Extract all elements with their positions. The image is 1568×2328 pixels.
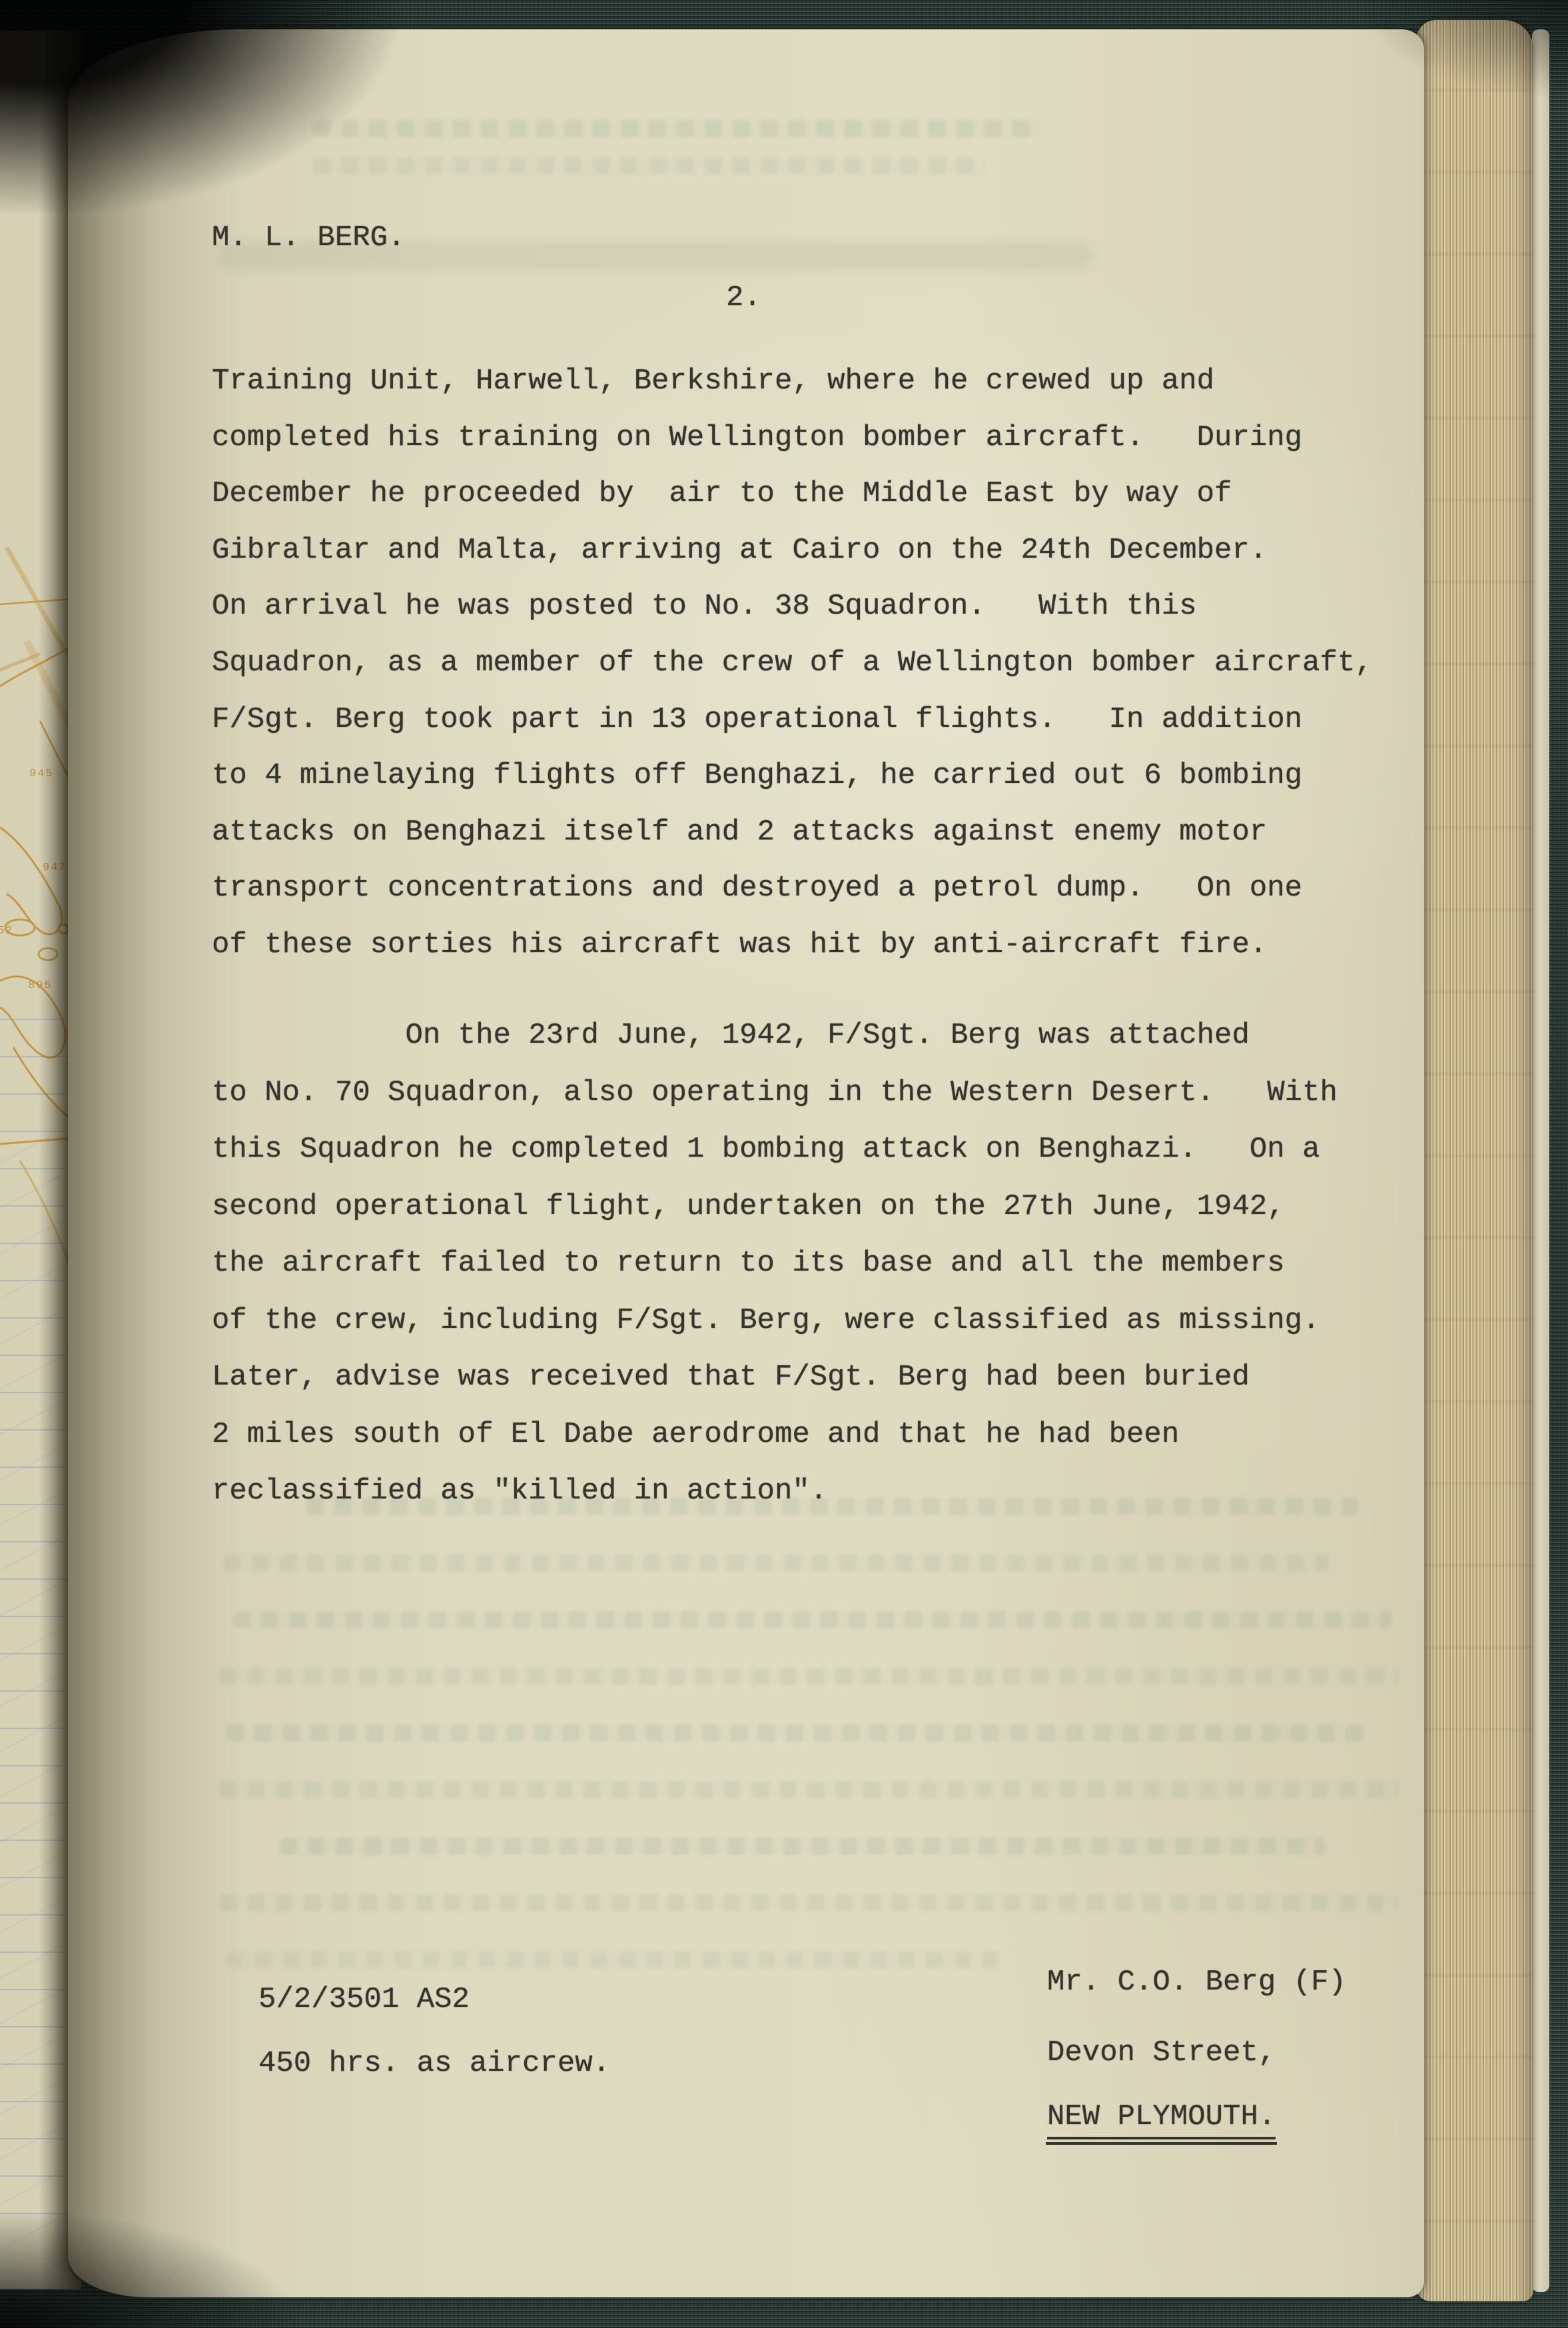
person-name-header: M. L. BERG. (212, 221, 405, 255)
addressee-city: NEW PLYMOUTH. (1047, 2100, 1276, 2139)
typed-line: second operational flight, undertaken on… (212, 1179, 1338, 1236)
typed-line: On the 23rd June, 1942, F/Sgt. Berg was … (212, 1007, 1338, 1065)
map-elevation-label: 945 (29, 768, 54, 780)
bleed-through-line (220, 1668, 1399, 1685)
typed-line: Training Unit, Harwell, Berkshire, where… (212, 353, 1373, 410)
typed-line: F/Sgt. Berg took part in 13 operational … (212, 692, 1373, 748)
bleed-through-line (233, 1611, 1392, 1628)
book-photo: { "page": { "person_header": "M. L. BERG… (0, 0, 1568, 2328)
typed-line: reclassified as "killed in action". (212, 1463, 1338, 1520)
typed-line: On arrival he was posted to No. 38 Squad… (212, 578, 1373, 635)
document-page: M. L. BERG. 2. Training Unit, Harwell, B… (68, 29, 1424, 2297)
typed-line: of these sorties his aircraft was hit by… (212, 917, 1373, 973)
map-elevation-label: 947 (43, 862, 67, 874)
map-elevation-label: 895 (28, 979, 53, 992)
addressee-street: Devon Street, (1047, 2036, 1276, 2069)
typed-line: attacks on Benghazi itself and 2 attacks… (212, 804, 1373, 861)
bleed-through-line (224, 1554, 1330, 1572)
typed-line: Later, advise was received that F/Sgt. B… (212, 1349, 1338, 1407)
bleed-through-line (313, 120, 1039, 137)
service-record-paragraph-2: On the 23rd June, 1942, F/Sgt. Berg was … (212, 1007, 1338, 1520)
typed-line: 2 miles south of El Dabe aerodrome and t… (212, 1407, 1338, 1464)
typed-line: December he proceeded by air to the Midd… (212, 466, 1373, 522)
typed-line: to 4 minelaying flights off Benghazi, he… (212, 748, 1373, 804)
endpaper-band (1532, 29, 1549, 2292)
page-number: 2. (726, 281, 761, 314)
page-edges-stack (1416, 20, 1533, 2301)
bleed-through-line (220, 1781, 1399, 1798)
aircrew-hours: 450 hrs. as aircrew. (258, 2047, 610, 2080)
file-reference: 5/2/3501 AS2 (258, 1983, 470, 2016)
addressee-name: Mr. C.O. Berg (F) (1047, 1966, 1346, 1999)
typed-line: Gibraltar and Malta, arriving at Cairo o… (212, 522, 1373, 579)
addressee-city-text: NEW PLYMOUTH. (1047, 2100, 1276, 2139)
service-record-paragraph-1: Training Unit, Harwell, Berkshire, where… (212, 353, 1373, 973)
typed-line: transport concentrations and destroyed a… (212, 860, 1373, 917)
typed-line: to No. 70 Squadron, also operating in th… (212, 1065, 1338, 1122)
bleed-through-line (220, 1894, 1399, 1912)
bleed-through-line (280, 1838, 1326, 1855)
typed-line: completed his training on Wellington bom… (212, 410, 1373, 466)
typed-line: Squadron, as a member of the crew of a W… (212, 635, 1373, 692)
map-elevation-label: 952 (0, 925, 14, 937)
typed-line: the aircraft failed to return to its bas… (212, 1235, 1338, 1293)
bleed-through-line (313, 157, 986, 175)
bleed-through-line (226, 1724, 1366, 1742)
bleed-through-line (226, 1951, 999, 1968)
typed-line: of the crew, including F/Sgt. Berg, were… (212, 1293, 1338, 1350)
typed-line: this Squadron he completed 1 bombing att… (212, 1121, 1338, 1179)
